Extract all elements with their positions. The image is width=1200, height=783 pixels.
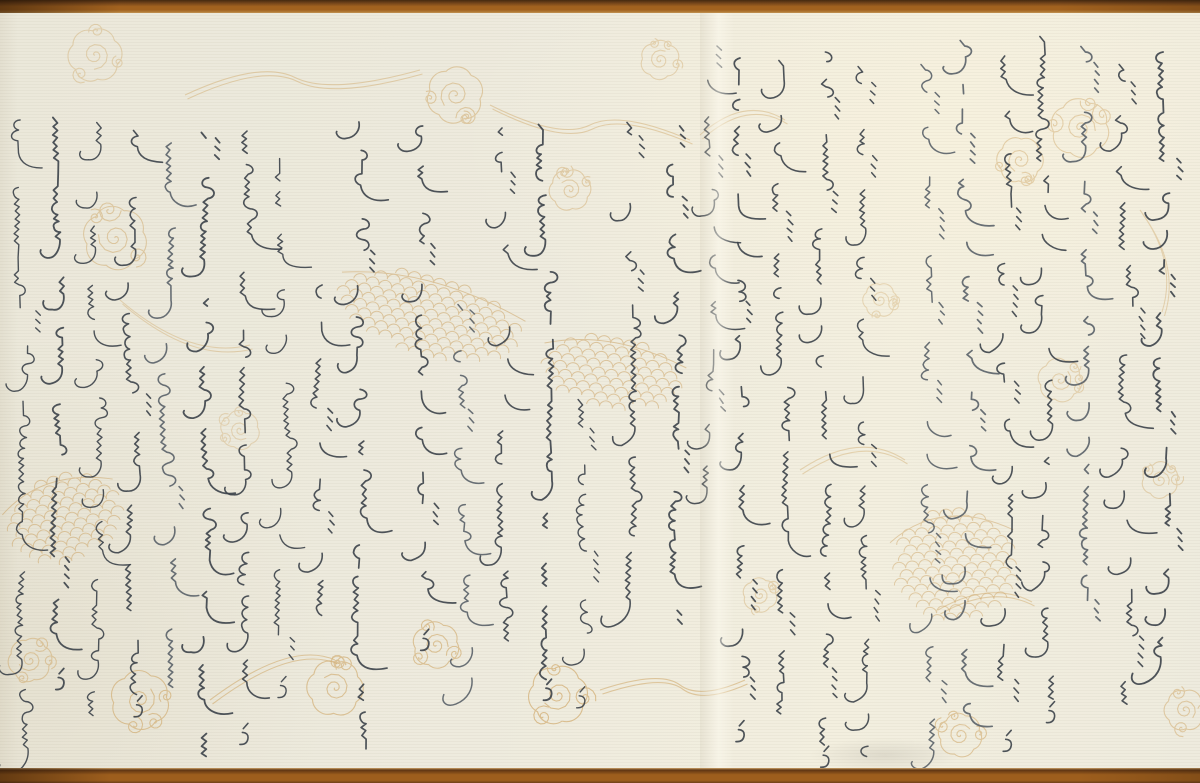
- script-column: [75, 123, 131, 716]
- script-column: [106, 131, 163, 717]
- dragon-scales-motif: [535, 326, 689, 420]
- script-column: [480, 128, 537, 654]
- script-column: [224, 131, 282, 744]
- script-column: [601, 123, 644, 627]
- script-column: [942, 41, 999, 743]
- cloud-streamer-lines: [490, 105, 693, 144]
- script-column: [1100, 65, 1157, 705]
- script-column: [299, 285, 350, 615]
- manuscript-art: [0, 0, 1200, 783]
- script-column: [686, 46, 744, 537]
- script-column: [1063, 47, 1113, 639]
- script-column: [799, 52, 857, 767]
- script-column: [910, 65, 957, 783]
- script-column: [720, 58, 770, 742]
- cloud-scroll-motif: [307, 656, 363, 715]
- manuscript-page: [0, 0, 1200, 783]
- script-column: [980, 56, 1033, 751]
- cloud-scroll-motif: [1048, 98, 1110, 157]
- bottom-border-bar: [0, 768, 1200, 783]
- cloud-scroll-motif: [1164, 686, 1200, 736]
- script-column: [145, 143, 199, 687]
- cloud-streamer-lines: [120, 300, 253, 352]
- script-columns: [0, 37, 1183, 783]
- cloud-scroll-motif: [996, 138, 1044, 186]
- script-column: [525, 125, 558, 701]
- cloud-scroll-motif: [112, 671, 171, 733]
- cloud-scroll-motif: [863, 284, 900, 318]
- cloud-scroll-motif: [935, 711, 986, 757]
- cloud-scroll-motif: [743, 578, 779, 615]
- cloud-streamer-lines: [800, 447, 908, 474]
- cloud-scroll-motif: [1142, 462, 1183, 499]
- script-column: [260, 159, 312, 698]
- cloud-streamer-lines: [210, 655, 338, 704]
- cloud-scroll-motif: [219, 407, 259, 450]
- script-column: [1021, 37, 1078, 723]
- script-column: [655, 126, 702, 624]
- script-column: [40, 118, 81, 690]
- top-border-bar: [0, 0, 1200, 13]
- cloud-scroll-motif: [426, 67, 483, 124]
- cloud-scroll-motif: [68, 24, 122, 83]
- script-column: [398, 126, 456, 650]
- cloud-streamer-lines: [185, 70, 423, 99]
- cloud-scroll-motif: [549, 166, 591, 210]
- cloud-scroll-motif: [1038, 358, 1086, 402]
- script-column: [1132, 52, 1183, 684]
- cloud-scroll-motif: [529, 665, 596, 724]
- script-column: [844, 67, 889, 757]
- cloud-scroll-motif: [8, 638, 56, 683]
- cloud-streamer-lines: [700, 110, 788, 139]
- script-column: [443, 305, 493, 706]
- cloud-dragon-watermark: [0, 24, 1200, 756]
- cloud-scroll-motif: [413, 620, 461, 668]
- cloud-streamer-lines: [600, 679, 748, 696]
- script-column: [563, 400, 600, 708]
- cloud-scroll-motif: [641, 38, 683, 79]
- script-column: [759, 61, 810, 714]
